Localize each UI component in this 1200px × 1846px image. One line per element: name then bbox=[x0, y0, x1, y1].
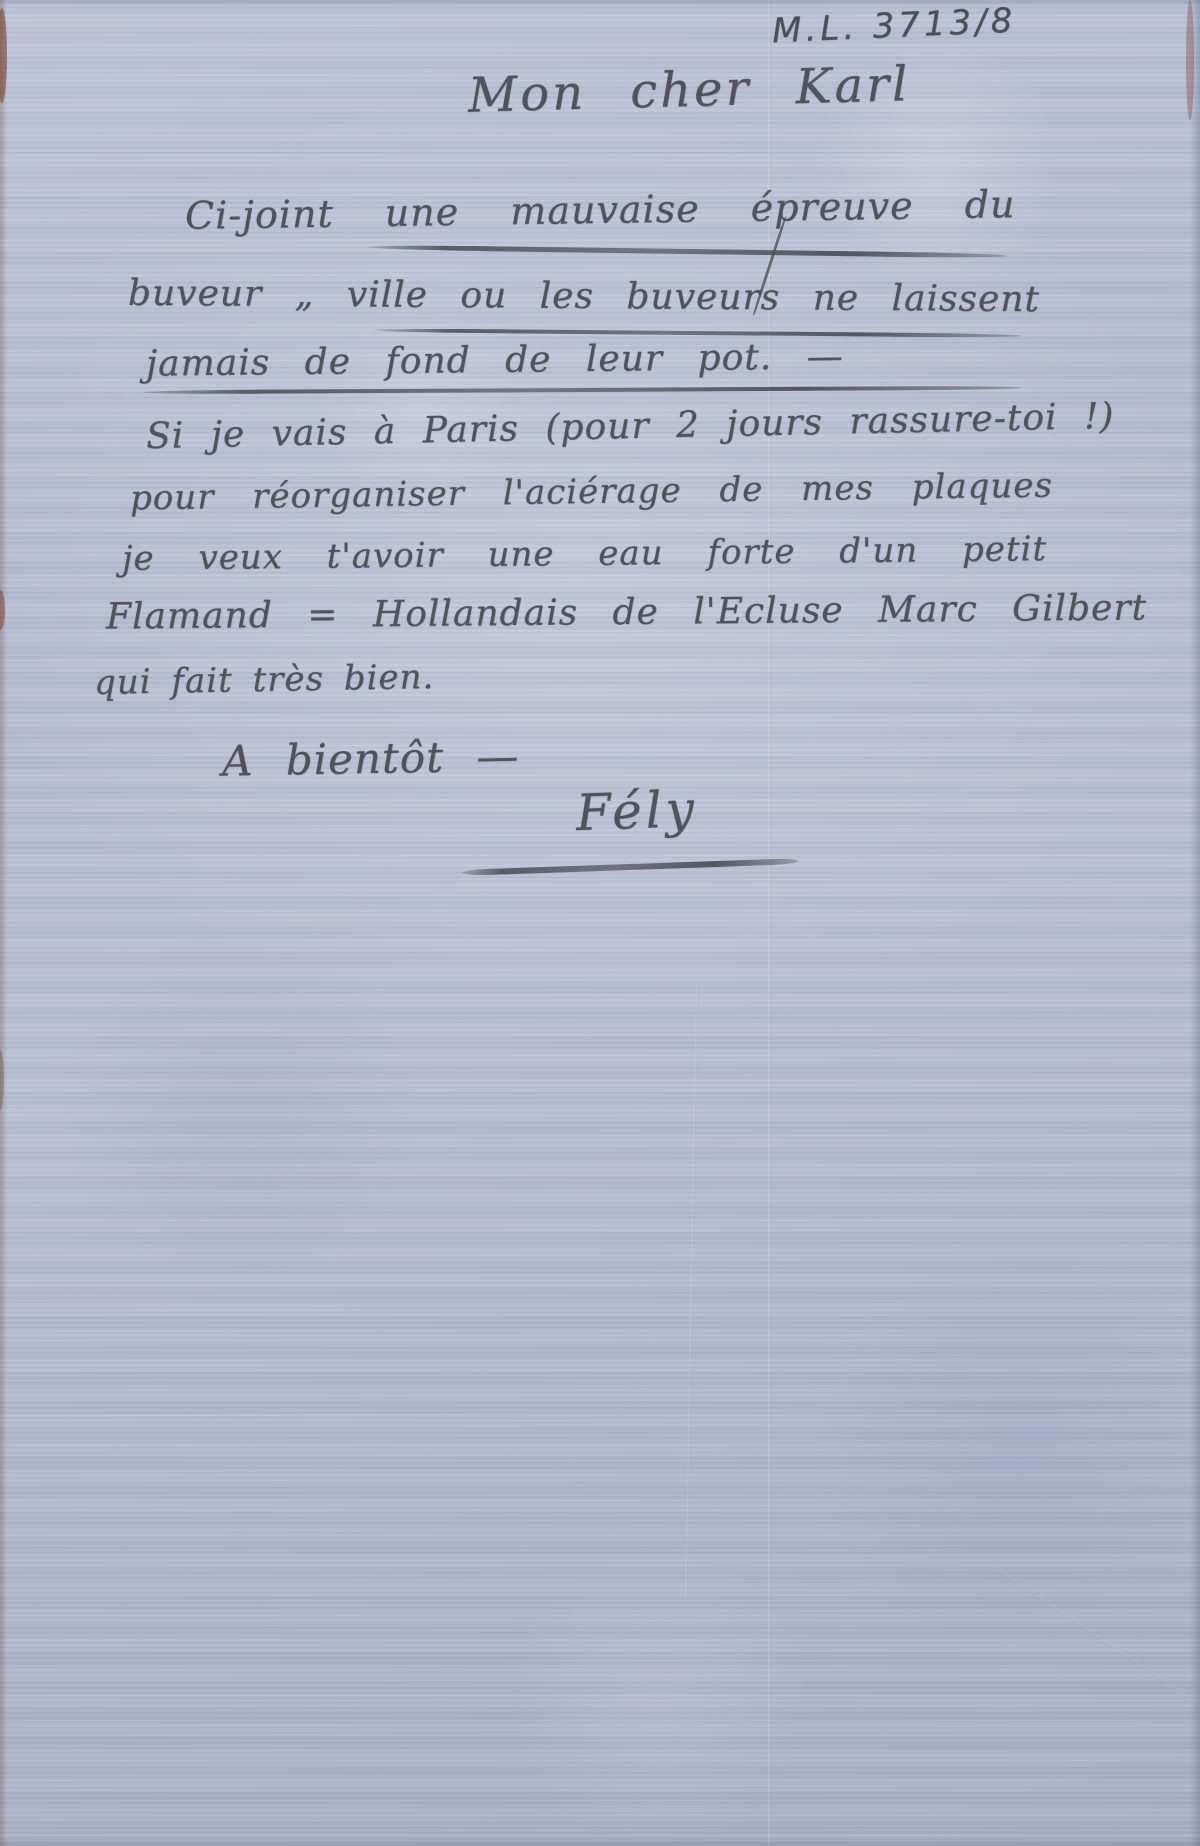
corner-crease bbox=[984, 1560, 1200, 1729]
signature-flourish bbox=[462, 858, 798, 876]
archive-mark: M.L. 3713/8 bbox=[771, 1, 1017, 52]
salutation: Mon cher Karl bbox=[467, 56, 911, 124]
body-line-2: buveur „ ville ou les buveurs ne laissen… bbox=[128, 273, 1040, 320]
binding-residue-spot bbox=[1186, 0, 1194, 120]
signature: Fély bbox=[575, 780, 699, 842]
right-paper-edge bbox=[1190, 0, 1200, 1846]
body-line-3: jamais de fond de leur pot. — bbox=[146, 336, 844, 384]
top-paper-edge bbox=[0, 0, 1200, 6]
bottom-paper-edge bbox=[0, 1836, 1200, 1846]
vertical-crease-faint bbox=[685, 980, 699, 1600]
pencil-underline-jamais bbox=[142, 386, 1022, 395]
pencil-underline-mauvaise-epreuve bbox=[368, 245, 1008, 259]
letter-page: M.L. 3713/8 Mon cher Karl Ci-joint une m… bbox=[0, 0, 1200, 1846]
pencil-underline-ville bbox=[374, 328, 1022, 338]
body-line-6: je veux t'avoir une eau forte d'un petit bbox=[122, 529, 1047, 579]
horizontal-crease-bottom bbox=[0, 1409, 1200, 1418]
body-line-4: Si je vais à Paris (pour 2 jours rassure… bbox=[146, 396, 1115, 457]
horizontal-fold-crease bbox=[0, 878, 1200, 881]
body-line-8: qui fait très bien. bbox=[94, 657, 435, 703]
closing: A bientôt — bbox=[222, 731, 520, 785]
left-paper-edge bbox=[0, 0, 7, 1846]
body-line-1: Ci-joint une mauvaise épreuve du bbox=[185, 182, 1016, 238]
horizontal-crease-top bbox=[0, 150, 1200, 153]
body-line-7: Flamand = Hollandais de l'Ecluse Marc Gi… bbox=[106, 587, 1147, 637]
body-line-5: pour réorganiser l'aciérage de mes plaqu… bbox=[130, 466, 1053, 519]
